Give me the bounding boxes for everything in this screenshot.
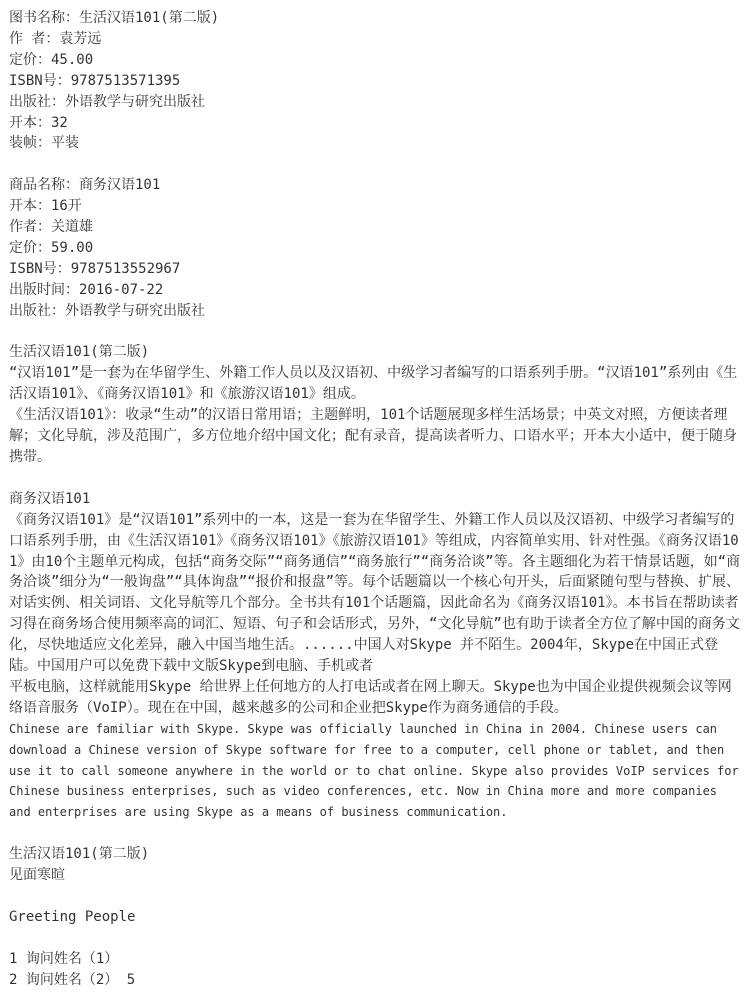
life-series-paragraph: “汉语101”是一套为在华留学生、外籍工作人员以及汉语初、中级学习者编写的口语系… — [9, 363, 742, 405]
business-main-paragraph: 《商务汉语101》是“汉语101”系列中的一本，这是一套为在华留学生、外籍工作人… — [9, 510, 742, 677]
toc-unit-title-english: Greeting People — [9, 907, 742, 928]
business-skype-en-paragraph: Chinese are familiar with Skype. Skype w… — [9, 719, 742, 824]
book-listing-document: 图书名称：生活汉语101(第二版) 作 者：袁芳远 定价：45.00 ISBN号… — [0, 0, 750, 991]
toc-unit-title: 见面寒暄 — [9, 865, 742, 886]
book1-details: 图书名称：生活汉语101(第二版) 作 者：袁芳远 定价：45.00 ISBN号… — [9, 8, 742, 154]
business-title: 商务汉语101 — [9, 489, 742, 510]
spacer — [9, 468, 742, 489]
book2-price-line: 定价：59.00 — [9, 238, 742, 259]
book1-title-line: 图书名称：生活汉语101(第二版) — [9, 8, 742, 29]
book2-author-line: 作者：关道雄 — [9, 217, 742, 238]
book2-pubdate-line: 出版时间：2016-07-22 — [9, 280, 742, 301]
toc-series-title: 生活汉语101(第二版) — [9, 844, 742, 865]
spacer — [9, 823, 742, 844]
book2-isbn-line: ISBN号：9787513552967 — [9, 259, 742, 280]
book1-publisher-line: 出版社：外语教学与研究出版社 — [9, 92, 742, 113]
spacer — [9, 886, 742, 907]
spacer — [9, 928, 742, 949]
book2-title-line: 商品名称：商务汉语101 — [9, 175, 742, 196]
book1-author-line: 作 者：袁芳远 — [9, 29, 742, 50]
spacer — [9, 154, 742, 175]
book2-publisher-line: 出版社：外语教学与研究出版社 — [9, 301, 742, 322]
toc-item: 2 询问姓名（2） 5 — [9, 970, 742, 991]
business-skype-cn-paragraph: 平板电脑，这样就能用Skype 给世界上任何地方的人打电话或者在网上聊天。Sky… — [9, 677, 742, 719]
book2-format-line: 开本：16开 — [9, 196, 742, 217]
book1-binding-line: 装帧：平装 — [9, 133, 742, 154]
life-features-paragraph: 《生活汉语101》：收录“生动”的汉语日常用语；主题鲜明，101个话题展现多样生… — [9, 405, 742, 468]
book1-isbn-line: ISBN号：9787513571395 — [9, 71, 742, 92]
spacer — [9, 322, 742, 343]
life-series-intro: 生活汉语101(第二版) “汉语101”是一套为在华留学生、外籍工作人员以及汉语… — [9, 342, 742, 467]
life-series-title: 生活汉语101(第二版) — [9, 342, 742, 363]
book2-details: 商品名称：商务汉语101 开本：16开 作者：关道雄 定价：59.00 ISBN… — [9, 175, 742, 321]
toc-preview: 生活汉语101(第二版) 见面寒暄 Greeting People 1 询问姓名… — [9, 844, 742, 990]
toc-item: 1 询问姓名（1） — [9, 949, 742, 970]
book1-price-line: 定价：45.00 — [9, 50, 742, 71]
business-intro: 商务汉语101 《商务汉语101》是“汉语101”系列中的一本，这是一套为在华留… — [9, 489, 742, 824]
document-page: { "page": { "background": "#ffffff", "te… — [0, 0, 750, 997]
book1-format-line: 开本：32 — [9, 113, 742, 134]
